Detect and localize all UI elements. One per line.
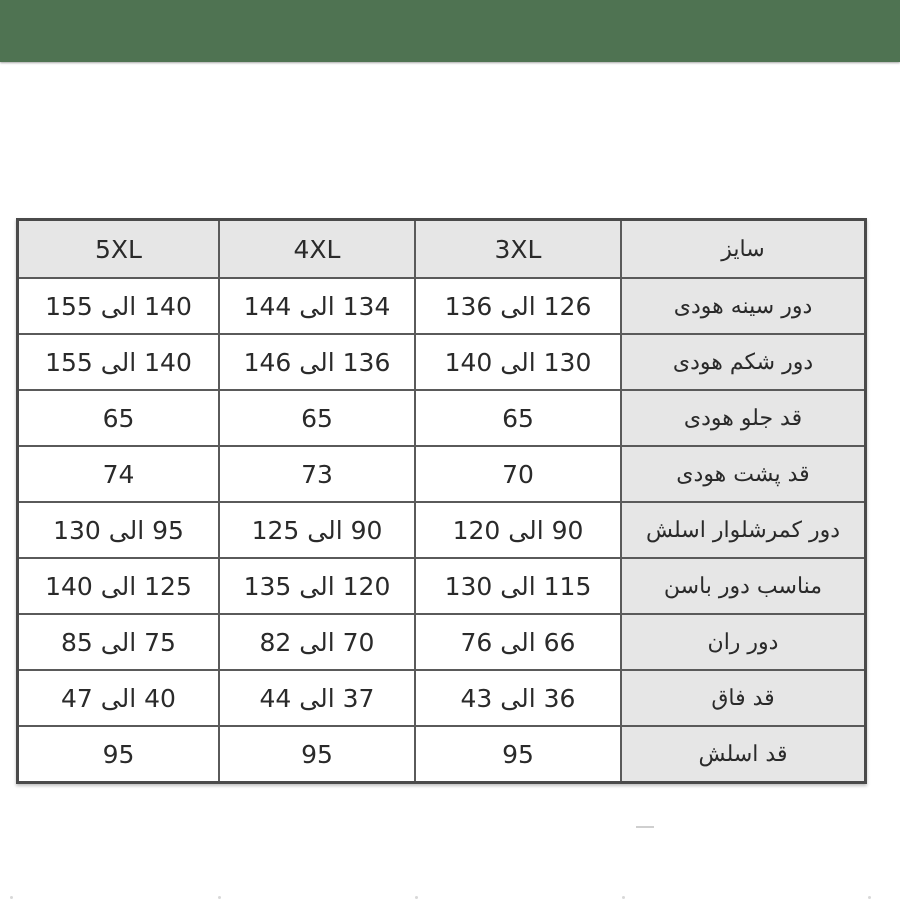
table-row: 75 الی 85 70 الی 82 66 الی 76 دور ران xyxy=(18,614,866,670)
cell-3xl: 66 الی 76 xyxy=(415,614,621,670)
header-size-4xl: 4XL xyxy=(219,220,415,279)
cell-5xl: 95 الی 130 xyxy=(18,502,220,558)
row-label: دور سینه هودی xyxy=(621,278,866,334)
table-row: 140 الی 155 136 الی 146 130 الی 140 دور … xyxy=(18,334,866,390)
header-size-3xl: 3XL xyxy=(415,220,621,279)
cell-3xl: 130 الی 140 xyxy=(415,334,621,390)
cell-4xl: 37 الی 44 xyxy=(219,670,415,726)
row-label: قد فاق xyxy=(621,670,866,726)
decorative-dot xyxy=(415,896,418,899)
row-label: قد جلو هودی xyxy=(621,390,866,446)
size-chart-table: 5XL 4XL 3XL سایز 140 الی 155 134 الی 144… xyxy=(16,218,867,784)
row-label: قد پشت هودی xyxy=(621,446,866,502)
cell-3xl: 36 الی 43 xyxy=(415,670,621,726)
cell-4xl: 73 xyxy=(219,446,415,502)
cell-3xl: 90 الی 120 xyxy=(415,502,621,558)
cell-4xl: 95 xyxy=(219,726,415,783)
cell-5xl: 140 الی 155 xyxy=(18,334,220,390)
cell-3xl: 126 الی 136 xyxy=(415,278,621,334)
cell-3xl: 115 الی 130 xyxy=(415,558,621,614)
table-row: 65 65 65 قد جلو هودی xyxy=(18,390,866,446)
table-row: 95 الی 130 90 الی 125 90 الی 120 دور کمر… xyxy=(18,502,866,558)
cell-4xl: 120 الی 135 xyxy=(219,558,415,614)
table-row: 74 73 70 قد پشت هودی xyxy=(18,446,866,502)
cell-5xl: 65 xyxy=(18,390,220,446)
cell-5xl: 40 الی 47 xyxy=(18,670,220,726)
cell-4xl: 65 xyxy=(219,390,415,446)
header-size-label: سایز xyxy=(621,220,866,279)
table-row: 40 الی 47 37 الی 44 36 الی 43 قد فاق xyxy=(18,670,866,726)
table-row: 125 الی 140 120 الی 135 115 الی 130 مناس… xyxy=(18,558,866,614)
cell-5xl: 140 الی 155 xyxy=(18,278,220,334)
cell-4xl: 70 الی 82 xyxy=(219,614,415,670)
table-row: 140 الی 155 134 الی 144 126 الی 136 دور … xyxy=(18,278,866,334)
cell-5xl: 74 xyxy=(18,446,220,502)
row-label: دور شکم هودی xyxy=(621,334,866,390)
header-size-5xl: 5XL xyxy=(18,220,220,279)
top-banner xyxy=(0,0,900,62)
cell-4xl: 136 الی 146 xyxy=(219,334,415,390)
cell-5xl: 75 الی 85 xyxy=(18,614,220,670)
row-label: قد اسلش xyxy=(621,726,866,783)
decorative-dash xyxy=(636,826,654,828)
decorative-dot xyxy=(622,896,625,899)
decorative-dot xyxy=(10,896,13,899)
table-row: 95 95 95 قد اسلش xyxy=(18,726,866,783)
cell-5xl: 125 الی 140 xyxy=(18,558,220,614)
row-label: دور ران xyxy=(621,614,866,670)
cell-3xl: 95 xyxy=(415,726,621,783)
decorative-dot xyxy=(218,896,221,899)
decorative-dot xyxy=(868,896,871,899)
cell-3xl: 70 xyxy=(415,446,621,502)
cell-5xl: 95 xyxy=(18,726,220,783)
row-label: مناسب دور باسن xyxy=(621,558,866,614)
cell-3xl: 65 xyxy=(415,390,621,446)
row-label: دور کمرشلوار اسلش xyxy=(621,502,866,558)
table-header-row: 5XL 4XL 3XL سایز xyxy=(18,220,866,279)
cell-4xl: 134 الی 144 xyxy=(219,278,415,334)
cell-4xl: 90 الی 125 xyxy=(219,502,415,558)
